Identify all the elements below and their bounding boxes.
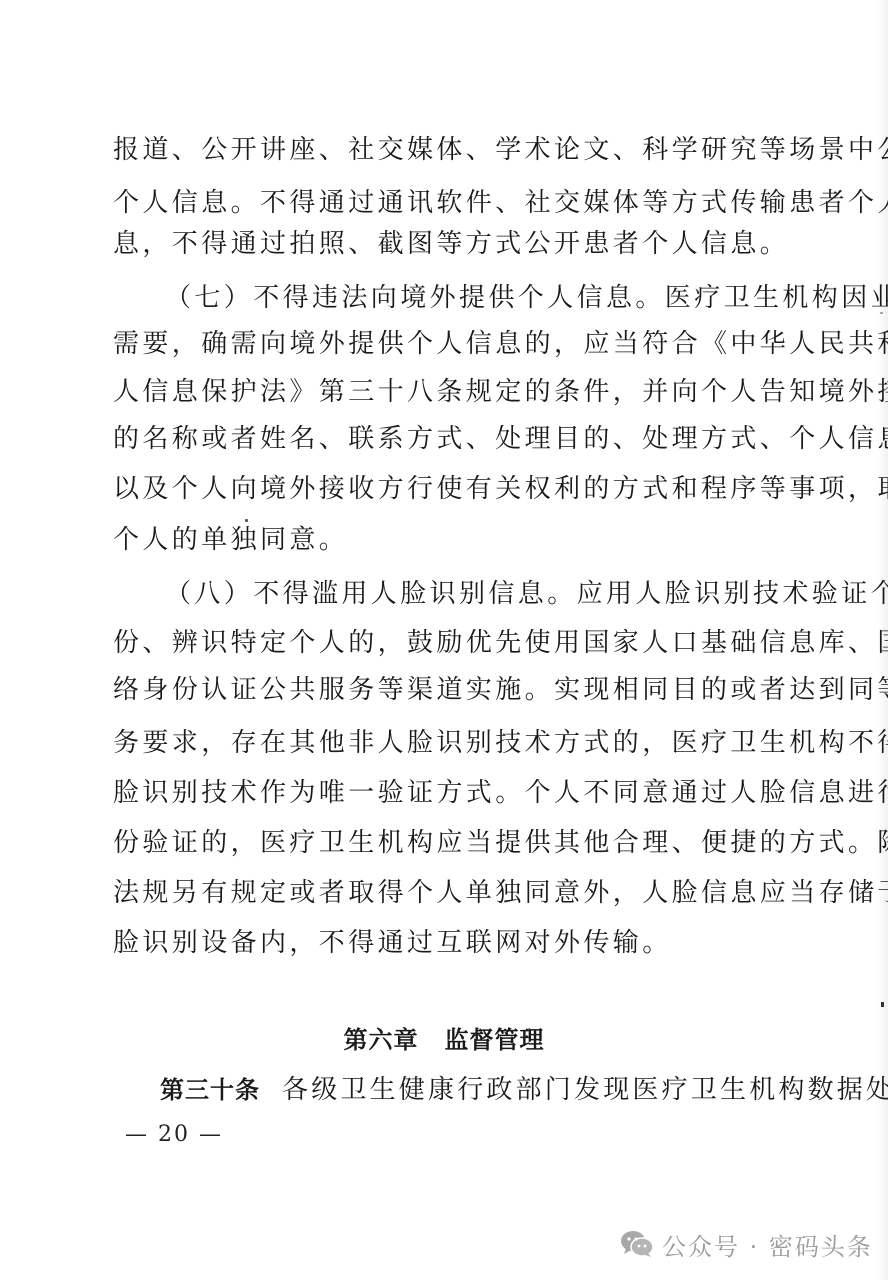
paragraph-2-line-1: （七）不得违法向境外提供个人信息。医疗卫生机构因业务等 (165, 283, 773, 313)
paragraph-2-line-3: 人信息保护法》第三十八条规定的条件，并向个人告知境外接收方 (113, 377, 773, 407)
paragraph-3-line-2: 份、辨识特定个人的，鼓励优先使用国家人口基础信息库、国家网 (113, 628, 773, 658)
article-30: 第三十条各级卫生健康行政部门发现医疗卫生机构数据处 (160, 1074, 773, 1106)
chapter-number: 第六章 (344, 1026, 419, 1054)
paragraph-3-line-8: 脸识别设备内，不得通过互联网对外传输。 (113, 928, 773, 958)
watermark: 公众号 · 密码头条 (620, 1226, 873, 1262)
scan-edge-mark (881, 1002, 884, 1007)
chapter-heading: 第六章监督管理 (0, 1024, 888, 1056)
chapter-title: 监督管理 (445, 1026, 545, 1054)
scan-speck (245, 519, 248, 522)
page-number: — 20 — (125, 1120, 223, 1150)
paragraph-2-line-2: 需要，确需向境外提供个人信息的，应当符合《中华人民共和国个 (113, 329, 773, 359)
paragraph-1-line-2: 个人信息。不得通过通讯软件、社交媒体等方式传输患者个人信 (113, 188, 773, 218)
scan-edge-mark (880, 312, 883, 314)
paragraph-1-line-3: 息，不得通过拍照、截图等方式公开患者个人信息。 (113, 229, 773, 259)
paragraph-2-line-4: 的名称或者姓名、联系方式、处理目的、处理方式、个人信息的种类 (113, 424, 773, 454)
article-label: 第三十条 (160, 1076, 260, 1104)
wechat-icon (620, 1230, 654, 1258)
paragraph-2-line-5: 以及个人向境外接收方行使有关权利的方式和程序等事项，取得 (113, 474, 773, 504)
paragraph-1-line-1: 报道、公开讲座、社交媒体、学术论文、科学研究等场景中公开患者 (113, 135, 773, 165)
paragraph-3-line-5: 脸识别技术作为唯一验证方式。个人不同意通过人脸信息进行身 (113, 778, 773, 808)
paragraph-3-line-4: 务要求，存在其他非人脸识别技术方式的，医疗卫生机构不得将人 (113, 728, 773, 758)
paragraph-3-line-6: 份验证的，医疗卫生机构应当提供其他合理、便捷的方式。除法律 (113, 828, 773, 858)
paragraph-3-line-1: （八）不得滥用人脸识别信息。应用人脸识别技术验证个人身 (165, 579, 773, 609)
paragraph-3-line-7: 法规另有规定或者取得个人单独同意外，人脸信息应当存储于人 (113, 878, 773, 908)
article-text: 各级卫生健康行政部门发现医疗卫生机构数据处 (282, 1075, 888, 1105)
paragraph-3-line-3: 络身份认证公共服务等渠道实施。实现相同目的或者达到同等业 (113, 675, 773, 705)
paragraph-2-line-6: 个人的单独同意。 (113, 525, 773, 555)
watermark-text: 公众号 · 密码头条 (662, 1227, 873, 1262)
